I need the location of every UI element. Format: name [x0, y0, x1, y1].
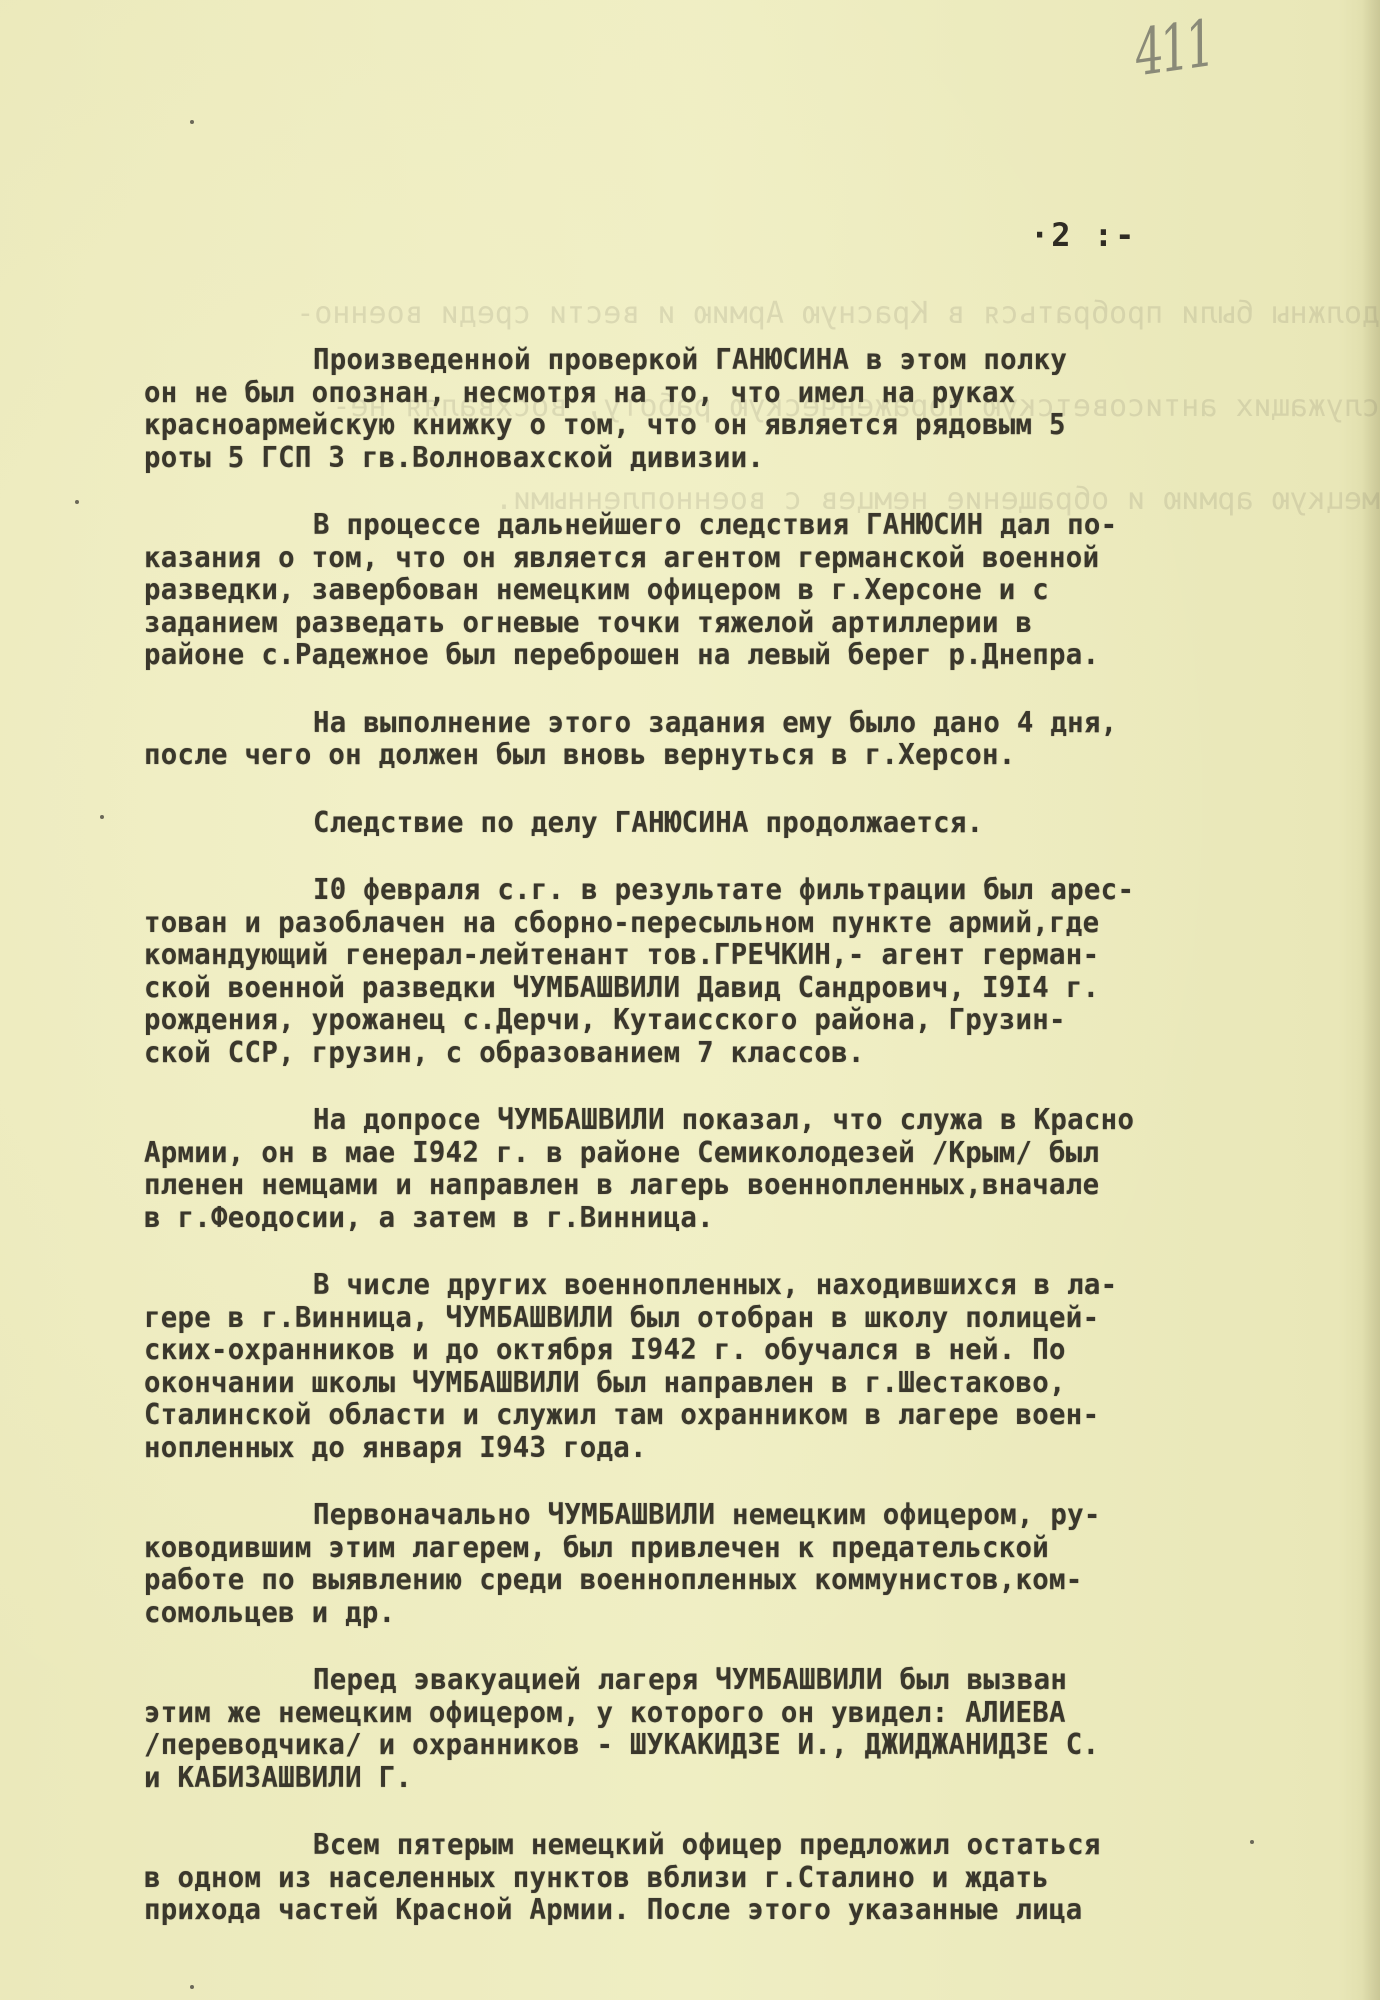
text-line: тован и разоблачен на сборно-пересыльном… — [144, 907, 1325, 940]
paragraph: Следствие по делу ГАНЮСИНА продолжается. — [144, 807, 1374, 840]
text-line: в одном из населенных пунктов вблизи г.С… — [144, 1862, 1325, 1895]
text-line: пленен немцами и направлен в лагерь воен… — [144, 1169, 1325, 1202]
ink-speck — [1250, 1840, 1254, 1844]
text-line: этим же немецким офицером, у которого он… — [144, 1697, 1325, 1730]
text-line: он не был опознан, несмотря на то, что и… — [144, 377, 1325, 410]
text-line: роты 5 ГСП 3 гв.Волновахской дивизии. — [144, 442, 1325, 475]
paragraph: Перед эвакуацией лагеря ЧУМБАШВИЛИ был в… — [144, 1664, 1374, 1794]
text-line: окончании школы ЧУМБАШВИЛИ был направлен… — [144, 1367, 1325, 1400]
paragraph: В числе других военнопленных, находивших… — [144, 1269, 1374, 1464]
text-line: Произведенной проверкой ГАНЮСИНА в этом … — [144, 344, 1325, 377]
text-line: На выполнение этого задания ему было дан… — [144, 707, 1325, 740]
text-line: сомольцев и др. — [144, 1597, 1325, 1630]
paragraph: В процессе дальнейшего следствия ГАНЮСИН… — [144, 509, 1374, 672]
text-line: Сталинской области и служил там охранник… — [144, 1399, 1325, 1432]
text-line: гере в г.Винница, ЧУМБАШВИЛИ был отобран… — [144, 1302, 1325, 1335]
text-line: нопленных до января I943 года. — [144, 1432, 1325, 1465]
text-line: районе с.Радежное был переброшен на левы… — [144, 639, 1325, 672]
paragraph: Произведенной проверкой ГАНЮСИНА в этом … — [144, 344, 1374, 474]
ink-speck — [190, 1985, 194, 1989]
text-line: командующий генерал-лейтенант тов.ГРЕЧКИ… — [144, 939, 1325, 972]
text-line: заданием разведать огневые точки тяжелой… — [144, 607, 1325, 640]
text-line: в г.Феодосии, а затем в г.Винница. — [144, 1202, 1325, 1235]
text-line: разведки, завербован немецким офицером в… — [144, 574, 1325, 607]
text-line: ской военной разведки ЧУМБАШВИЛИ Давид С… — [144, 972, 1325, 1005]
text-line: Армии, он в мае I942 г. в районе Семикол… — [144, 1137, 1325, 1170]
ink-speck — [100, 815, 104, 819]
text-line: На допросе ЧУМБАШВИЛИ показал, что служа… — [144, 1104, 1325, 1137]
text-line: В числе других военнопленных, находивших… — [144, 1269, 1325, 1302]
text-line: рождения, урожанец с.Дерчи, Кутаисского … — [144, 1004, 1325, 1037]
paragraph: На выполнение этого задания ему было дан… — [144, 707, 1374, 772]
document-page: 411 должны были пробраться в Красную Арм… — [0, 0, 1380, 2000]
text-line: ской ССР, грузин, с образованием 7 класс… — [144, 1037, 1325, 1070]
text-line: после чего он должен был вновь вернуться… — [144, 739, 1325, 772]
text-line: ководившим этим лагерем, был привлечен к… — [144, 1532, 1325, 1565]
text-line: В процессе дальнейшего следствия ГАНЮСИН… — [144, 509, 1325, 542]
archive-page-number: 411 — [1130, 7, 1217, 91]
ink-speck — [75, 500, 79, 504]
text-line: Перед эвакуацией лагеря ЧУМБАШВИЛИ был в… — [144, 1664, 1325, 1697]
paragraph: Первоначально ЧУМБАШВИЛИ немецким офицер… — [144, 1499, 1374, 1629]
paragraph: На допросе ЧУМБАШВИЛИ показал, что служа… — [144, 1104, 1374, 1234]
text-line: Следствие по делу ГАНЮСИНА продолжается. — [144, 807, 1325, 840]
ink-speck — [190, 120, 194, 124]
text-line: и КАБИЗАШВИЛИ Г. — [144, 1762, 1325, 1795]
text-line: I0 февраля с.г. в результате фильтрации … — [144, 874, 1325, 907]
text-line: работе по выявлению среди военнопленных … — [144, 1564, 1325, 1597]
text-line: Первоначально ЧУМБАШВИЛИ немецким офицер… — [144, 1499, 1325, 1532]
paragraph: I0 февраля с.г. в результате фильтрации … — [144, 874, 1374, 1069]
page-header: ·2 :- — [1030, 216, 1136, 254]
text-line: /переводчика/ и охранников - ШУКАКИДЗЕ И… — [144, 1729, 1325, 1762]
document-body: Произведенной проверкой ГАНЮСИНА в этом … — [144, 344, 1374, 1962]
text-line: казания о том, что он является агентом г… — [144, 542, 1325, 575]
text-line: Всем пятерым немецкий офицер предложил о… — [144, 1829, 1325, 1862]
paragraph: Всем пятерым немецкий офицер предложил о… — [144, 1829, 1374, 1927]
text-line: красноармейскую книжку о том, что он явл… — [144, 409, 1325, 442]
bleed-through-line: должны были пробраться в Красную Армию и… — [0, 298, 1380, 329]
text-line: прихода частей Красной Армии. После этог… — [144, 1894, 1325, 1927]
text-line: ских-охранников и до октября I942 г. обу… — [144, 1334, 1325, 1367]
